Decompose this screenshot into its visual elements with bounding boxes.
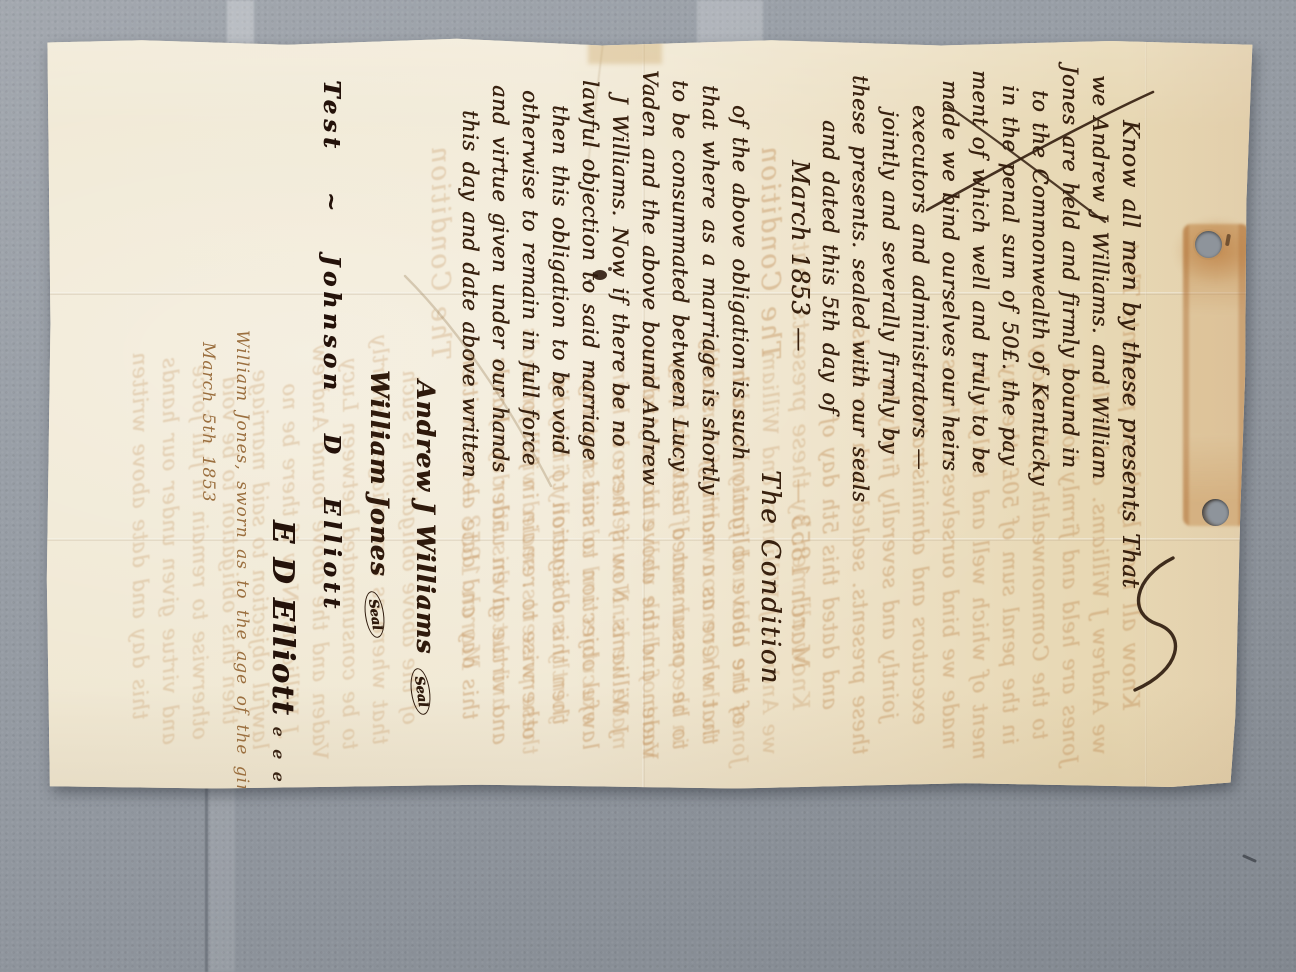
body-line: Know all men by these presents That [1115,120,1145,780]
body-line: to be consummated between Lucy [665,80,695,780]
body-line: and virtue given under our hands [485,85,515,780]
signature-name: William Jones [365,370,394,577]
signature-andrew-j-williams: Andrew J WilliamsSeal [411,380,440,715]
body-line: otherwise to remain in full force [515,90,545,780]
monogram-text: E D Elliott [265,520,300,717]
clerk-attestation: Test ~ Johnson D Elliott [318,80,345,613]
body-line: to the Commonwealth of Kentucky [1025,90,1055,780]
seal-mark: Seal [408,667,433,716]
body-line: in the penal sum of 50£. the pay [995,85,1025,780]
margin-date: March 5th 1853 [198,342,218,503]
surface-seam-highlight-left [227,0,254,44]
body-line: March 1853 — [785,160,815,780]
body-line: that where as a marriage is shortly [695,85,725,780]
body-line: we Andrew J Williams. and William [1085,75,1115,780]
punch-hole-bottom [1202,499,1229,526]
body-line: executors and administrators — [905,105,935,780]
body-line: this day and date above written [455,110,485,780]
seal-mark: Seal [362,590,387,639]
body-line: and dated this 5th day of [815,120,845,780]
signature-name: Andrew J Williams [411,380,440,654]
body-line: J Williams. Now if there be no [605,95,635,780]
document-paper: Know all men by these presents Thatwe An… [45,38,1256,790]
body-line: jointly and severally firmly by [875,110,905,780]
surface-seam-line-bottom [205,786,208,972]
surface-seam-band-bottom [209,786,235,972]
surface-seam-highlight-middle [697,0,763,48]
clerk-monogram: E D Elliotte e e e [265,520,300,808]
body-line: The Condition [755,470,785,780]
punch-hole-top [1195,231,1222,258]
signature-william-jones: William JonesSeal [365,370,394,638]
body-line: lawful objection to said marriage [575,80,605,780]
body-line: these presents. sealed with our seals [845,75,875,780]
handwritten-text-block: Know all men by these presents Thatwe An… [60,50,1250,780]
handwritten-body: Know all men by these presents Thatwe An… [455,50,1145,780]
body-line: Jones are held and firmly bound in [1055,65,1085,780]
body-line: made we bind ourselves our heirs [935,80,965,780]
body-line: Vaden and the above bound Andrew [635,70,665,780]
body-line: then this obligation to be void [545,105,575,780]
body-line: of the above obligation is such [725,105,755,780]
margin-note: William Jones, sworn as to the age of th… [232,330,252,800]
body-line: ment of which well and truly to be [965,70,995,780]
